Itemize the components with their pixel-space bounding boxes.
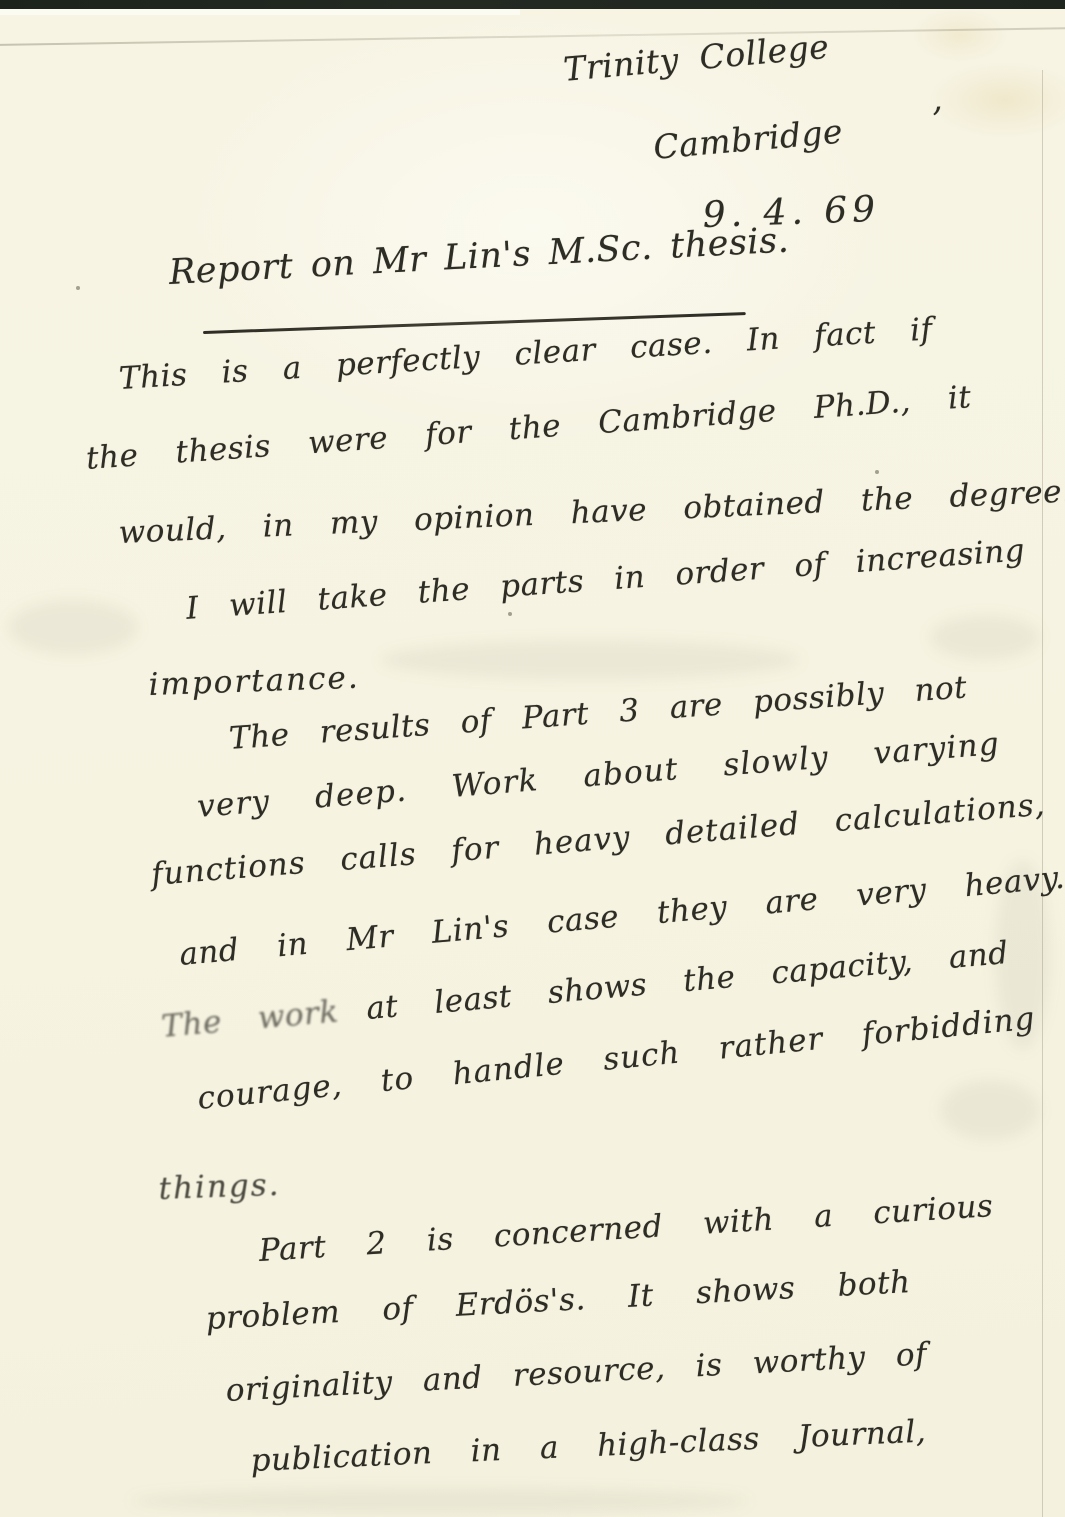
scan-top-sliver — [0, 9, 520, 15]
handwritten-line: publication in a high-class Journal, — [250, 1415, 927, 1479]
smudged-words: The work — [160, 994, 340, 1045]
address-line-city: Cambridge — [652, 113, 844, 166]
bleed-through-mark — [930, 615, 1040, 660]
address-comma: , — [930, 81, 944, 118]
ink-speck — [508, 612, 512, 616]
paper-crease — [0, 27, 1065, 46]
handwritten-line: I will take the parts in order of increa… — [185, 533, 1026, 626]
bleed-through-mark — [380, 640, 800, 680]
handwritten-line: Part 2 is concerned with a curious — [258, 1189, 994, 1268]
bleed-through-mark — [8, 600, 138, 655]
scanned-page: Trinity College , Cambridge 9. 4. 69 Rep… — [0, 0, 1065, 1517]
bleed-through-mark — [130, 1488, 750, 1514]
handwritten-line: importance. — [148, 661, 360, 702]
handwritten-line: problem of Erdös's. It shows both — [205, 1265, 911, 1336]
scan-top-edge — [0, 0, 1065, 9]
address-line-college: Trinity College — [562, 29, 831, 88]
ink-speck — [76, 286, 80, 290]
handwritten-line: originality and resource, is worthy of — [225, 1337, 928, 1408]
report-title: Report on Mr Lin's M.Sc. thesis. — [168, 222, 790, 293]
bleed-through-mark — [940, 1080, 1040, 1140]
ink-speck — [875, 470, 879, 474]
handwritten-line: This is a perfectly clear case. In fact … — [118, 312, 933, 396]
handwritten-line: the thesis were for the Cambridge Ph.D.,… — [85, 380, 972, 476]
handwritten-line: things. — [158, 1168, 281, 1206]
